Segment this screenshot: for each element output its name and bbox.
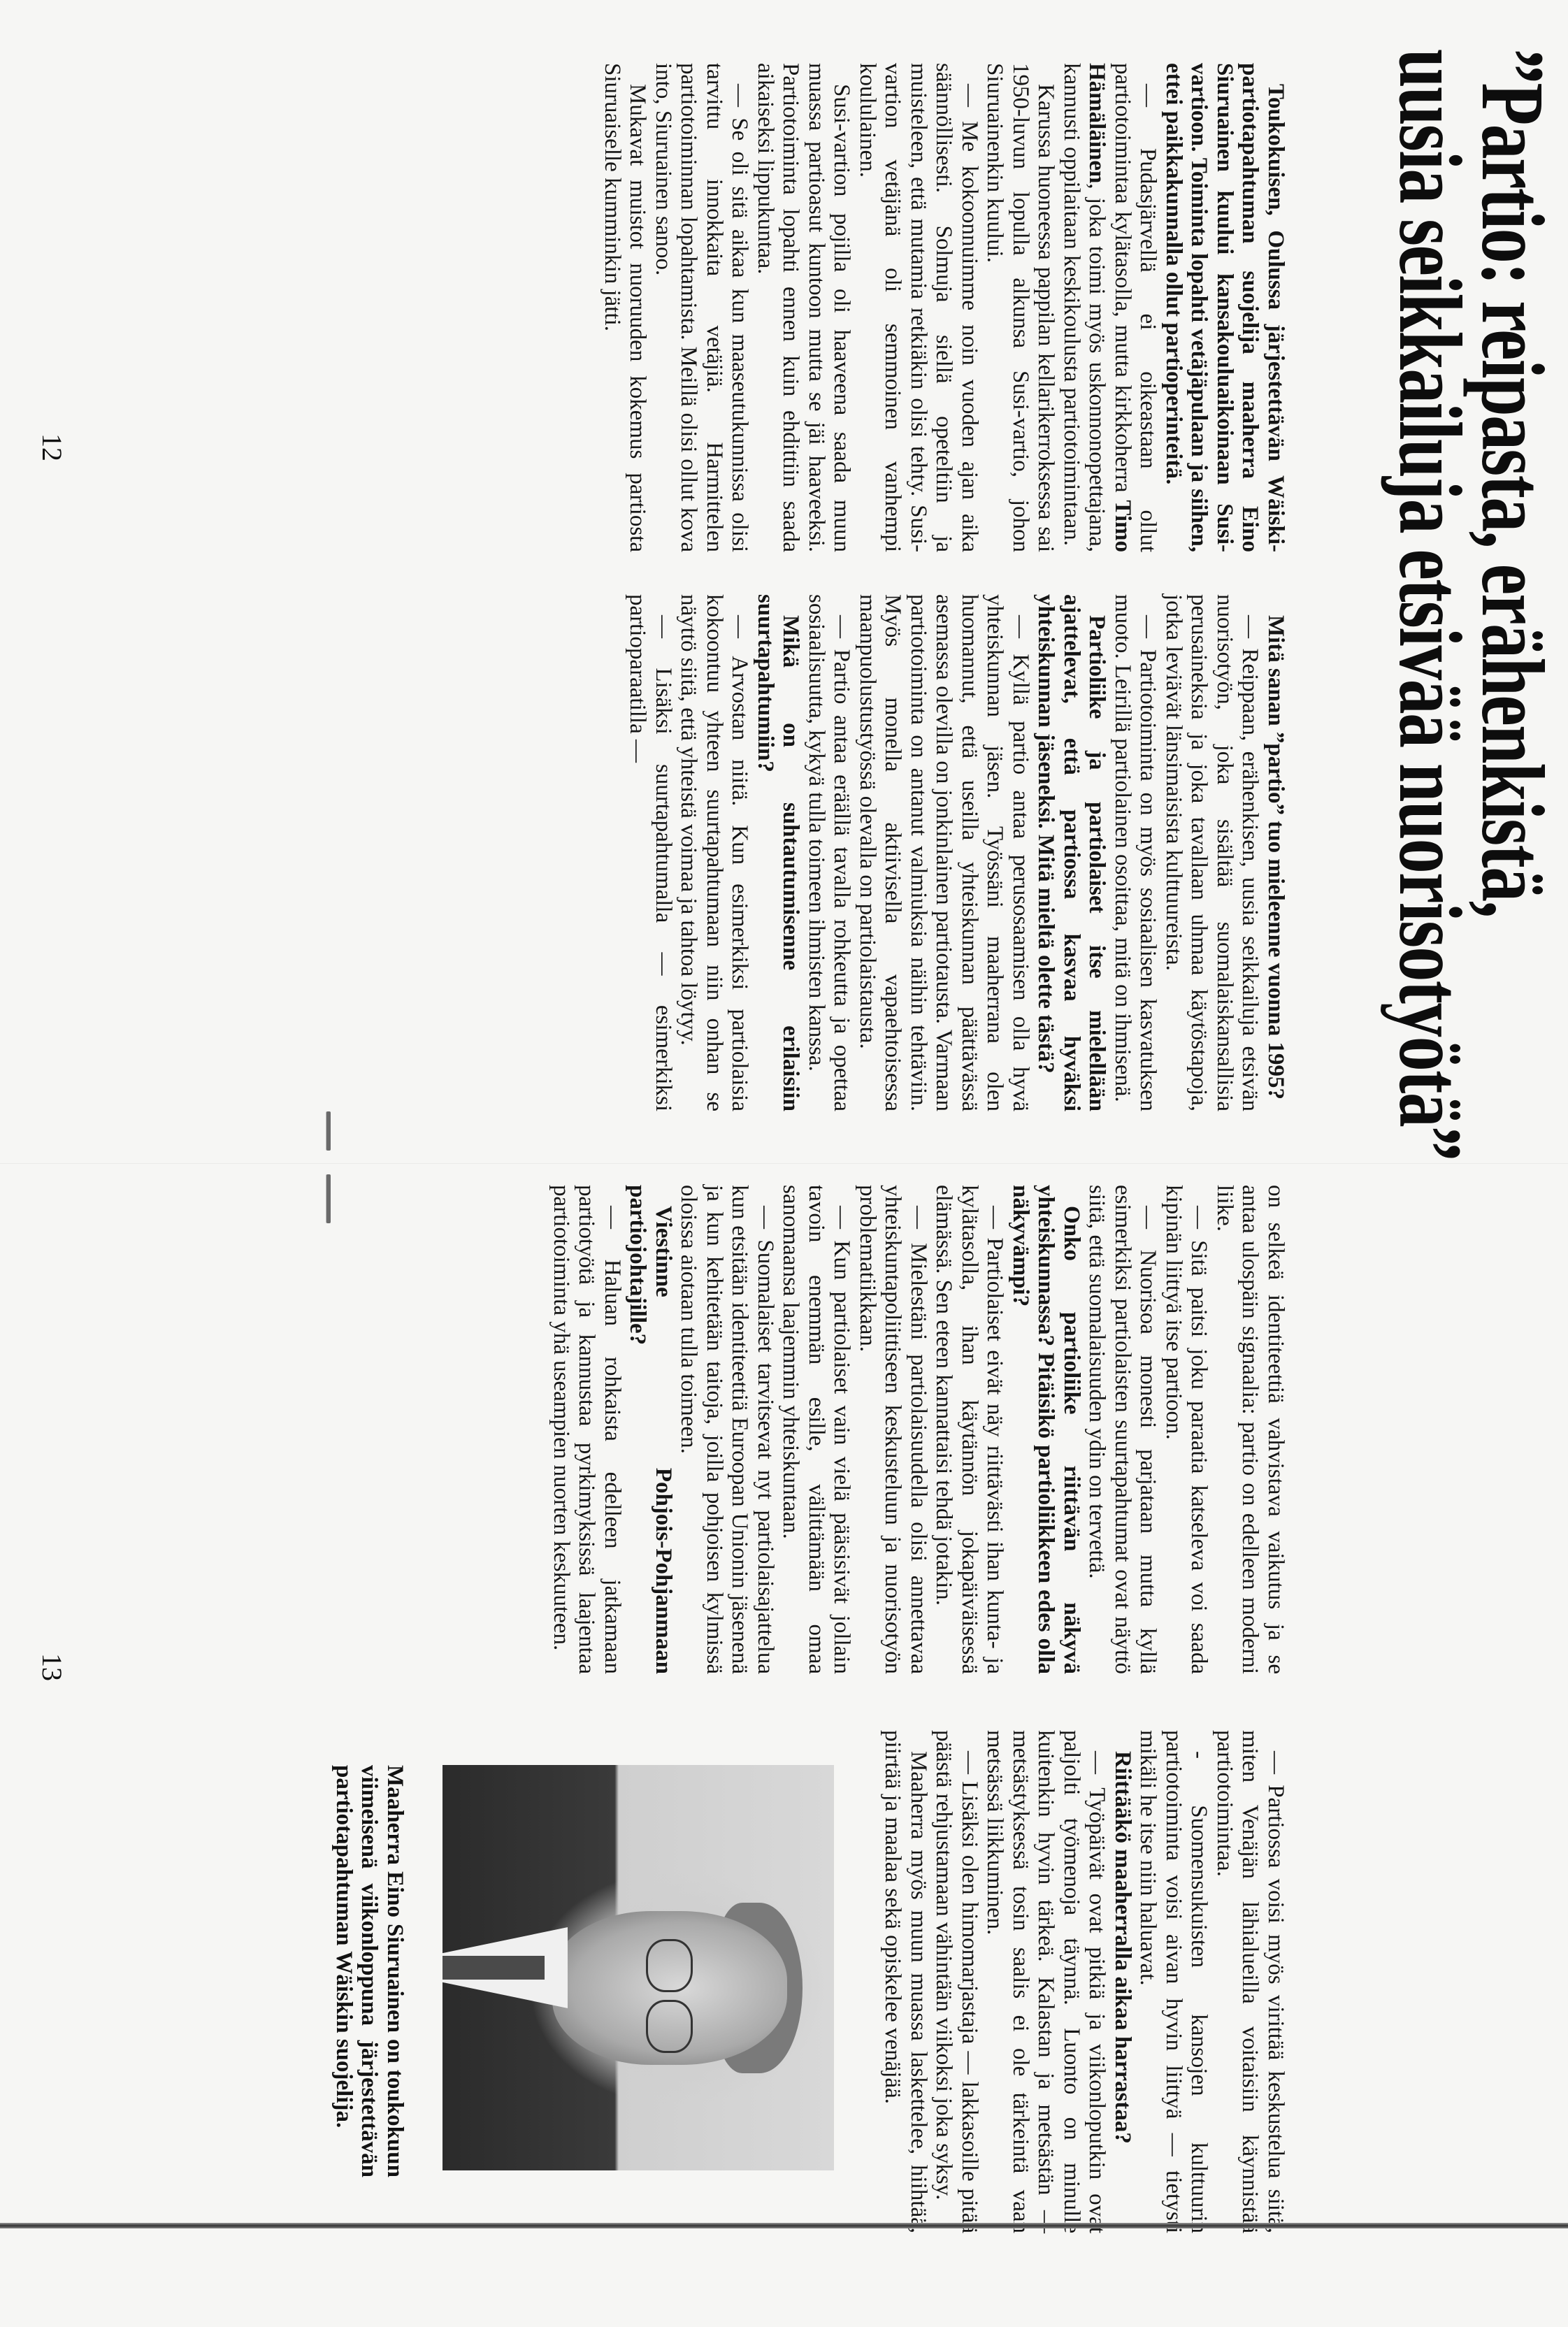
- body-paragraph: — Mielestäni partiolaisuudella olisi ann…: [855, 1185, 932, 1674]
- body-paragraph: — Työpäivät ovat pitkiä ja viikonloputki…: [982, 1730, 1110, 2233]
- interview-question: Viestinne Pohjois-Pohjanmaan partiojohta…: [625, 1185, 676, 1674]
- body-paragraph: — Haluan rohkaista edelleen jatkamaan pa…: [549, 1185, 626, 1674]
- interview-question: Partioliike ja partiolaiset itse mielell…: [1033, 594, 1110, 1111]
- photo-caption: Maaherra Eino Siuruainen on toukokuun vi…: [331, 1765, 408, 2177]
- body-paragraph: — Me kokoonnuimme noin vuoden ajan aika …: [855, 63, 983, 552]
- body-paragraph: Karussa huoneessa pappilan kellarikerrok…: [982, 63, 1059, 552]
- body-paragraph: — Partiolaiset eivät näy riittävästi iha…: [931, 1185, 1008, 1674]
- interview-question: Onko partioliike riittävän näkyvä yhteis…: [1008, 1185, 1085, 1674]
- headline-line-2: uusia seikkailuja etsivää nuorisotyötä”: [1389, 49, 1472, 1205]
- body-paragraph: — Sitä paitsi joku paraatia katseleva vo…: [1161, 1185, 1212, 1674]
- body-paragraph: — Kun partiolaiset vain vielä pääsisivät…: [778, 1185, 855, 1674]
- person-name: Timo Hämäläinen: [1085, 63, 1136, 552]
- portrait-photo: [443, 1765, 834, 2170]
- staple-top: [326, 1111, 331, 1151]
- interview-question: Riittääkö maaherralla aikaa harrastaa?: [1110, 1730, 1136, 2233]
- magazine-spread: Toukokuisen, Oulussa järjestettävän Wäis…: [0, 0, 1568, 2327]
- article-headline: ”Partio: reipasta, erähenkistä, uusia se…: [1389, 49, 1554, 1205]
- body-paragraph: — Lisäksi suurtapahtumalla — esimerkiksi…: [625, 594, 676, 1111]
- photo-tie: [443, 1956, 545, 1980]
- body-paragraph: on selkeä identiteettiä vahvistava vaiku…: [1212, 1185, 1289, 1674]
- body-paragraph: Susi-vartion pojilla oli haaveena saada …: [753, 63, 855, 552]
- body-paragraph: — Reippaan, erähenkisen, uusia seikkailu…: [1161, 594, 1263, 1111]
- body-paragraph: — Lisäksi olen himomarjastaja — lakkasoi…: [931, 1730, 982, 2233]
- interview-question: Mitä sanan ”partio” tuo mieleenne vuonna…: [1263, 594, 1289, 1111]
- body-paragraph: — Partiossa voisi myös virittää keskuste…: [1212, 1730, 1289, 2233]
- page-number-13: 13: [36, 1653, 69, 1681]
- headline-line-1: ”Partio: reipasta, erähenkistä,: [1472, 49, 1554, 1205]
- photo-glasses-left: [646, 1939, 693, 1992]
- interview-question: Mikä on suhtautumisenne erilaisiin suurt…: [753, 594, 804, 1111]
- body-paragraph: — Se oli sitä aikaa kun maaseutukunnissa…: [651, 63, 753, 552]
- body-paragraph: — Partio antaa eräällä tavalla rohkeutta…: [804, 594, 855, 1111]
- body-paragraph: — Pudasjärvellä ei oikeastaan ollut part…: [1059, 63, 1161, 552]
- body-paragraph: Mukavat muistot nuoruuden kokemus partio…: [600, 63, 651, 552]
- body-paragraph: — Nuorisoa monesti parjataan mutta kyllä…: [1084, 1185, 1161, 1674]
- column-right-1: on selkeä identiteettiä vahvistava vaiku…: [549, 1185, 1289, 1674]
- scan-edge: [0, 2223, 1568, 2228]
- page-number-12: 12: [36, 433, 69, 461]
- column-right-2: — Partiossa voisi myös virittää keskuste…: [880, 1730, 1288, 2233]
- body-paragraph: — Suomalaiset tarvitsevat nyt partiolais…: [676, 1185, 778, 1674]
- body-paragraph: — Partiotoiminta on myös sosiaalisen kas…: [1110, 594, 1161, 1111]
- page-12: Toukokuisen, Oulussa järjestettävän Wäis…: [0, 0, 1568, 1163]
- body-paragraph: - Suomensukuisten kansojen kulttuurin pa…: [1135, 1730, 1212, 2233]
- column-left-2: Mitä sanan ”partio” tuo mieleenne vuonna…: [625, 594, 1288, 1111]
- photo-glasses-right: [646, 2000, 693, 2053]
- page-13: on selkeä identiteettiä vahvistava vaiku…: [0, 1164, 1568, 2327]
- body-paragraph: Maaherra myös muun muassa laskettelee, h…: [880, 1730, 931, 2233]
- body-paragraph: — Kyllä partio antaa perusosaamisen olla…: [855, 594, 1034, 1111]
- column-left-1: Toukokuisen, Oulussa järjestettävän Wäis…: [600, 63, 1289, 552]
- body-paragraph: — Arvostan niitä. Kun esimerkiksi partio…: [676, 594, 753, 1111]
- lead-paragraph: Toukokuisen, Oulussa järjestettävän Wäis…: [1161, 63, 1289, 552]
